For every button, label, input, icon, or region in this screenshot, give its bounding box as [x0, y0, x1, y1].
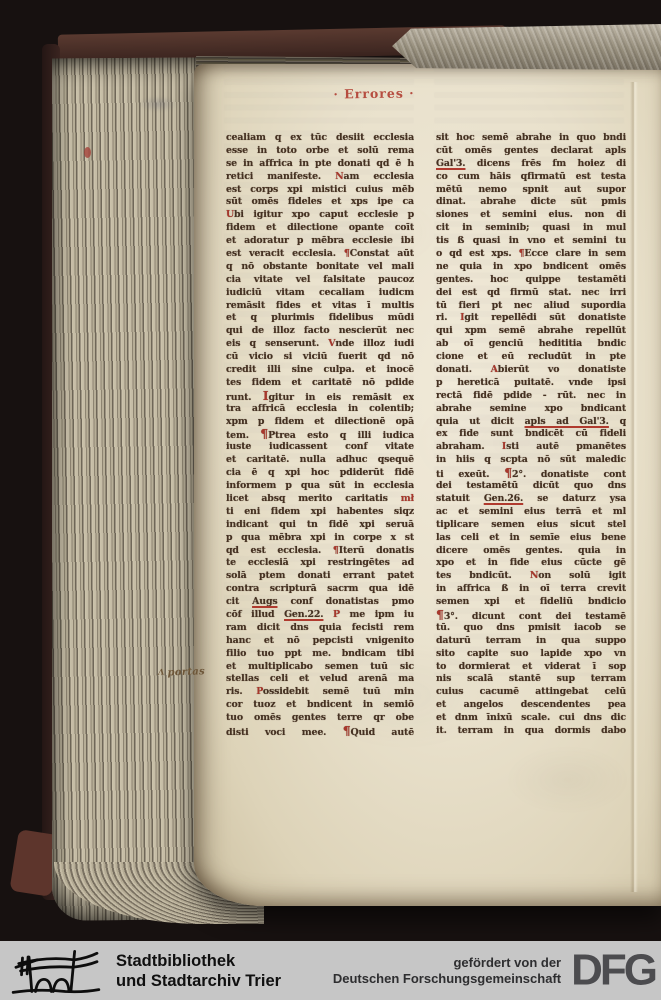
manuscript-line: et multiplicabo semen tuū sic [226, 661, 414, 674]
manuscript-line: eis q senserunt. Vnde illoz iudi [226, 338, 414, 351]
manuscript-line: gentes. hoc quippe testamēti [436, 274, 626, 287]
manuscript-line: est veracit ecclesia. ¶Constat aūt [226, 248, 414, 261]
manuscript-line: ex fide sunt bndicēt cū fideli [436, 428, 626, 441]
manuscript-line: tra affricā ecclesia in colentib; [226, 403, 414, 416]
manuscript-line: mētū nemo spnit aut supor [436, 184, 626, 197]
manuscript-line: o qd est xps. ¶Ecce clare in sem [436, 248, 626, 261]
margin-note-text: portas [167, 666, 205, 678]
manuscript-line: est corps xpi mistici cuius mēb [226, 184, 414, 197]
porta-nigra-icon [8, 944, 104, 998]
manuscript-line: iudiciū vitam cecaliam iudicm [226, 287, 414, 300]
manuscript-line: runt. Igitur in eis remāsit ex [226, 390, 414, 403]
manuscript-line: ris. Possidebit semē tuū min [226, 686, 414, 699]
footer-bar: Stadtbibliothek und Stadtarchiv Trier ge… [0, 941, 661, 1000]
manuscript-line: dei est qd firmū stat. nec irri [436, 287, 626, 300]
manuscript-line: donati. Abierūt vo donatiste [436, 364, 626, 377]
manuscript-line: remāsit fides et vitas ī multis [226, 300, 414, 313]
manuscript-line: ri. Igit repellēdi sūt donatiste [436, 312, 626, 325]
manuscript-line: contra scripturā sacrm qua idē [226, 583, 414, 596]
header-rubric: · Errores · [288, 85, 460, 102]
manuscript-line: qui xpm semē abrahe repellūt [436, 325, 626, 338]
manuscript-line: dinat. abrahe dicte sūt pmis [436, 196, 626, 209]
manuscript-line: retici manifeste. Nam ecclesia [226, 171, 414, 184]
manuscript-line: tū. quo dns pmisit iacob se [436, 622, 626, 635]
manuscript-line: p hereticā puitatē. vnde ipsi [436, 377, 626, 390]
manuscript-line: filio tuo ppt me. bndicam tibi [226, 648, 414, 661]
margin-caret-icon: Λ [158, 667, 165, 677]
manuscript-line: hanc et nō pepcisti vnigenito [226, 635, 414, 648]
manuscript-line: et q plurimis fidelibus mūdi [226, 312, 414, 325]
manuscript-line: fidem et dilectione opante coīt [226, 222, 414, 235]
manuscript-line: informem p qua sūt in ecclesia [226, 480, 414, 493]
manuscript-line: quia ut dicit apls ad Gal'3. q [436, 416, 626, 429]
manuscript-line: tuo omēs gentes terre qr obe [226, 712, 414, 725]
manuscript-line: cuius cacumē attingebat celū [436, 686, 626, 699]
manuscript-line: se in affrica in pte donati qd ē h [226, 158, 414, 171]
manuscript-line: cia ē q xpi hoc pdiderūt fidē [226, 467, 414, 480]
manuscript-line: esse in toto orbe et solū rema [226, 145, 414, 158]
manuscript-line: Ubi igitur xpo caput ecclesie p [226, 209, 414, 222]
manuscript-line: sit hoc semē abrahe in quo bndi [436, 132, 626, 145]
manuscript-line: ab oī genciū hedititia bndic [436, 338, 626, 351]
manuscript-line: tes bndicūt. Non solū igit [436, 570, 626, 583]
manuscript-line: p qua mēbra xpi in corpe x st [226, 532, 414, 545]
manuscript-line: in affrica ß in oī terra crevit [436, 583, 626, 596]
manuscript-line: abrahe semine xpo bndicant [436, 403, 626, 416]
manuscript-line: co cum hāis qfirmatū est testa [436, 171, 626, 184]
bookmark-strap [392, 24, 661, 70]
manuscript-line: et dnm īnixū scale. cui dns dic [436, 712, 626, 725]
manuscript-line: solā ptem donati errant patet [226, 570, 414, 583]
library-name-line2: und Stadtarchiv Trier [116, 971, 281, 991]
manuscript-line: in hiis q scpta nō sūt maledic [436, 454, 626, 467]
manuscript-line: cit in seminib; quasi in mul [436, 222, 626, 235]
library-name: Stadtbibliothek und Stadtarchiv Trier [116, 951, 281, 991]
manuscript-line: stellas celi et velud arenā ma [226, 673, 414, 686]
manuscript-line: disti voci mee. ¶Quid autē [226, 725, 414, 738]
manuscript-line: las celi et in semīe eius bene [436, 532, 626, 545]
manuscript-line: tiplicare semen eius sicut stel [436, 519, 626, 532]
manuscript-line: ¶3°. dicunt cont dei testamē [436, 609, 626, 622]
manuscript-line: sito capite suo lapide xpo vn [436, 648, 626, 661]
manuscript-line: abraham. Isti autē pmanētes [436, 441, 626, 454]
manuscript-line: cor tuoz et bndicent in semiō [226, 699, 414, 712]
manuscript-line: tū fieri pt nec aliud supordia [436, 300, 626, 313]
manuscript-line: cū vicio si viciū fuerit qd nō [226, 351, 414, 364]
manuscript-line: te ecclesiā xpi restringētes ad [226, 557, 414, 570]
manuscript-line: ac et semini eius terrā et ml [436, 506, 626, 519]
manuscript-line: et caritatē. nulla adhuc qsequē [226, 454, 414, 467]
manuscript-line: daturū terram in qua suppo [436, 635, 626, 648]
dfg-logo: DFG [571, 949, 655, 992]
manuscript-line: licet absq merito caritatis mł [226, 493, 414, 506]
manuscript-line: Gal'3. dicens frēs fm hoiez di [436, 158, 626, 171]
manuscript-line: qui de illoz facto nescierūt nec [226, 325, 414, 338]
library-name-line1: Stadtbibliothek [116, 951, 281, 971]
manuscript-line: ti exeūt. ¶2°. donatiste cont [436, 467, 626, 480]
manuscript-line: dicere omēs gentes. quia in [436, 545, 626, 558]
manuscript-line: tis ß quasi in vno et semini tu [436, 235, 626, 248]
manuscript-line: dei testamētū dicūt quo dns [436, 480, 626, 493]
manuscript-line: et angelos descendentes pea [436, 699, 626, 712]
funding-line1: gefördert von der [333, 955, 561, 971]
manuscript-line: qd est ecclesia. ¶Iterū donatis [226, 545, 414, 558]
manuscript-line: cit Augs conf donatistas pmo [226, 596, 414, 609]
pencil-smudge [138, 96, 178, 112]
manuscript-line: xpo et in fide eius cūcte gē [436, 557, 626, 570]
manuscript-line: iuste iudicassent conf vitate [226, 441, 414, 454]
manuscript-line: cōf illud Gen.22. P me ipm iu [226, 609, 414, 622]
manuscript-line: q nō obstante bonitate vel mali [226, 261, 414, 274]
manuscript-column-left: cealiam q ex tūc desiit ecclesiaesse in … [226, 132, 414, 738]
manuscript-line: siones et semini eius. non di [436, 209, 626, 222]
fore-edge-red-mark [84, 147, 91, 158]
manuscript-line: ti eni fidem xpi habentes siqz [226, 506, 414, 519]
manuscript-line: credit illi sine culpa. et inocē [226, 364, 414, 377]
manuscript-line: xpm p fidem et dilectionē opā [226, 416, 414, 429]
funding-credit: gefördert von der Deutschen Forschungsge… [333, 955, 561, 987]
manuscript-line: cione et eū recludūt in pte [436, 351, 626, 364]
page-stack-fore-edge [52, 57, 212, 920]
manuscript-line: nis scalā stantē sup terram [436, 673, 626, 686]
digitized-manuscript-photo: · Errores · cealiam q ex tūc desiit eccl… [0, 0, 661, 1000]
manuscript-line: statuit Gen.26. se daturz ysa [436, 493, 626, 506]
manuscript-line: et adoratur p mēbra ecclesie ibi [226, 235, 414, 248]
margin-note: Λportas [158, 665, 205, 679]
manuscript-line: tem. ¶Ptrea esto q illi iudica [226, 428, 414, 441]
page-crease [630, 82, 638, 892]
manuscript-line: to dormierat et viderat ī sop [436, 661, 626, 674]
manuscript-line: semen xpi et fideliū bndicio [436, 596, 626, 609]
manuscript-line: cūt omēs gentes declarat apls [436, 145, 626, 158]
manuscript-line: tes fidem et caritatē nō pdide [226, 377, 414, 390]
manuscript-line: cealiam q ex tūc desiit ecclesia [226, 132, 414, 145]
manuscript-column-right: sit hoc semē abrahe in quo bndicūt omēs … [436, 132, 626, 738]
manuscript-line: ne quia in xpo bndicent omēs [436, 261, 626, 274]
manuscript-line: it. terram in qua dormis dabo [436, 725, 626, 738]
manuscript-line: cia vitate vel falsitate paucoz [226, 274, 414, 287]
manuscript-line: rectā fidē pdide - rūt. nec in [436, 390, 626, 403]
manuscript-line: ram dicit dns quia fecisti rem [226, 622, 414, 635]
manuscript-line: indicant qui tn fidē xpi seruā [226, 519, 414, 532]
funding-line2: Deutschen Forschungsgemeinschaft [333, 971, 561, 987]
manuscript-line: sūt omēs fideles et xps ipe ca [226, 196, 414, 209]
